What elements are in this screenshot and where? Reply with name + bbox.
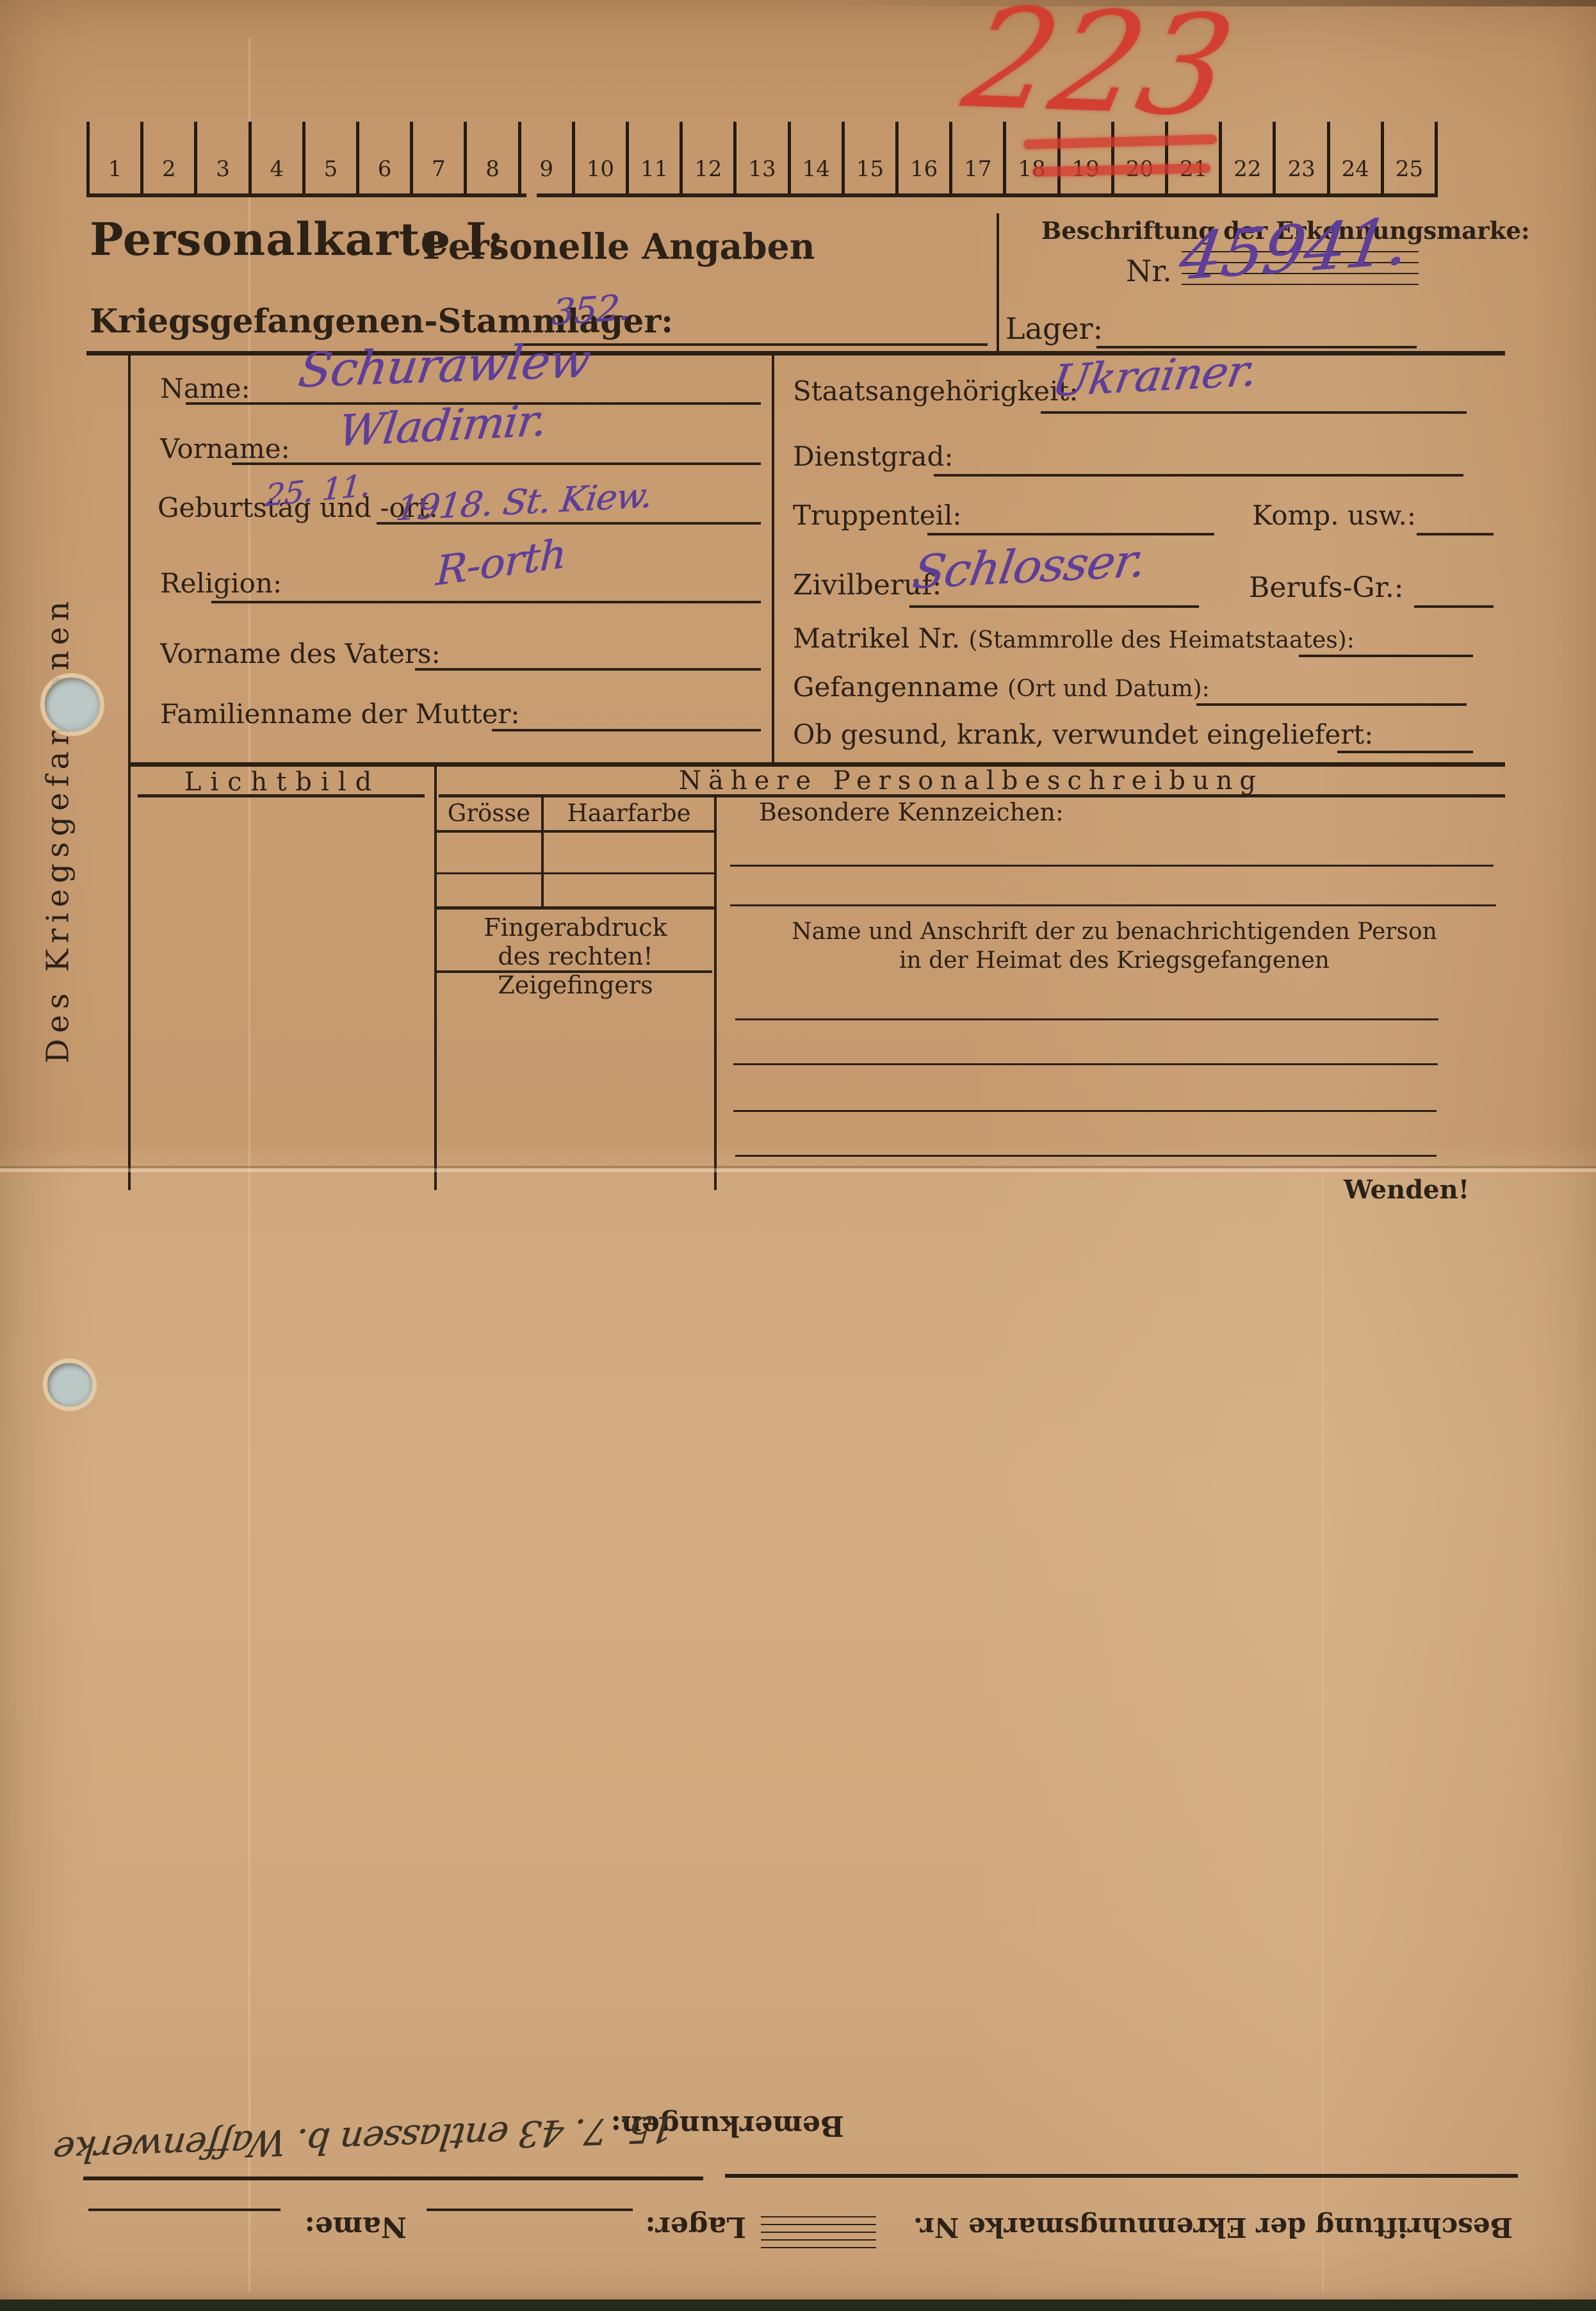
field-staats-line — [1041, 411, 1467, 414]
gefangennahme-main: Gefangenname — [793, 671, 999, 703]
haarfarbe-header: Haarfarbe — [544, 799, 714, 827]
middle-heavy-line — [436, 906, 714, 910]
field-berufsgr-label: Berufs-Gr.: — [1249, 571, 1404, 604]
lichtbild-label: Lichtbild — [184, 767, 380, 797]
notify-line-b — [733, 1063, 1438, 1065]
strip-cell-13: 13 — [733, 122, 787, 193]
idbox-lager-label: Lager: — [1006, 311, 1103, 346]
field-gefangennahme-label: Gefangenname (Ort und Datum): — [793, 671, 1210, 703]
notify-line-d — [735, 1155, 1437, 1157]
field-gesund-label: Ob gesund, krank, verwundet eingeliefert… — [793, 719, 1373, 750]
strip-cell-8: 8 — [464, 122, 517, 193]
form-center-divider — [772, 351, 774, 762]
haarfarbe-label: Haarfarbe — [567, 799, 690, 827]
bottom-heavy-line-left — [725, 2174, 1518, 2178]
groesse-row-line — [436, 830, 714, 833]
scan-bottom-strip — [0, 2299, 1596, 2311]
matrikel-sub: (Stammrolle des Heimatstaates): — [968, 627, 1354, 653]
strip-cell-22: 22 — [1219, 122, 1273, 193]
strip-cell-15: 15 — [842, 122, 895, 193]
strip-cell-24: 24 — [1327, 122, 1381, 193]
field-gefangennahme-line — [1196, 703, 1467, 706]
field-matrikel-label: Matrikel Nr. (Stammrolle des Heimatstaat… — [793, 623, 1355, 654]
field-dienstgrad-line — [934, 474, 1463, 477]
red-prisoner-number: 223 — [952, 0, 1246, 147]
strip-cell-2: 2 — [140, 122, 194, 193]
field-gesund-line — [1337, 751, 1473, 753]
strip-cell-11: 11 — [626, 122, 680, 193]
strip-cell-5: 5 — [302, 122, 356, 193]
bottom-heavy-line-right — [83, 2176, 703, 2180]
field-vater-label: Vorname des Vaters: — [160, 638, 441, 669]
field-truppenteil-label: Truppenteil: — [793, 500, 962, 531]
kennzeichen-line2 — [730, 904, 1496, 906]
idbox-left-border — [997, 213, 999, 351]
punch-hole-upper — [45, 678, 100, 731]
field-religion-line — [211, 601, 761, 603]
strip-cell-14: 14 — [788, 122, 842, 193]
strip-cell-12: 12 — [680, 122, 733, 193]
field-vater-line — [415, 668, 761, 671]
fingerprint-line1: Fingerabdruck — [437, 913, 714, 942]
groesse-header: Grösse — [437, 799, 541, 827]
bottom-name-label: Name: — [304, 2210, 407, 2243]
bottom-rotated-block: Beschriftung der Ekrennungsmarke Nr. Lag… — [83, 2069, 1518, 2267]
strip-cell-7: 7 — [410, 122, 464, 193]
groesse-label: Grösse — [448, 799, 530, 827]
notify-caption: Name und Anschrift der zu benachrichtige… — [730, 917, 1499, 975]
kennzeichen-label: Besondere Kennzeichen: — [759, 798, 1064, 826]
strip-cell-6: 6 — [356, 122, 410, 193]
middle-thin-line — [436, 872, 714, 874]
section-rule-top — [86, 351, 1505, 355]
naehere-header: Nähere Personalbeschreibung — [437, 766, 1505, 796]
strip-cell-9: 9 — [518, 122, 572, 193]
field-staats-label: Staatsangehörigkeit: — [793, 375, 1079, 407]
gefangennahme-sub: (Ort und Datum): — [1007, 676, 1210, 702]
fold-crease-highlight — [0, 1168, 1596, 1172]
field-religion-label: Religion: — [160, 568, 282, 599]
idbox-nr-label: Nr. — [1126, 254, 1172, 288]
strip-cell-23: 23 — [1273, 122, 1326, 193]
field-komp-line — [1417, 533, 1494, 535]
field-komp-label: Komp. usw.: — [1252, 500, 1416, 531]
bottom-lager-line — [427, 2209, 633, 2211]
field-name-value: Schurawlew — [295, 333, 594, 398]
field-vorname-label: Vorname: — [160, 433, 290, 464]
naehere-label: Nähere Personalbeschreibung — [679, 766, 1263, 796]
field-mutter-line — [492, 729, 761, 731]
strip-cell-25: 25 — [1381, 122, 1438, 193]
punch-hole-lower — [47, 1363, 92, 1407]
field-religion-value: R-orth — [435, 530, 566, 595]
lichtbild-header: Lichtbild — [131, 767, 434, 797]
field-staats-value: Ukrainer. — [1048, 346, 1260, 407]
sidebar-vertical-label: Des Kriegsgefangenen — [40, 596, 76, 1064]
bottom-lager-label: Lager: — [645, 2210, 746, 2243]
page-subtitle: Personelle Angaben — [423, 225, 815, 267]
bottom-nr-lines — [761, 2210, 876, 2248]
notify-line-a — [735, 1018, 1438, 1020]
strip-baseline — [86, 193, 526, 197]
naehere-underline — [439, 794, 1505, 797]
strip-cell-16: 16 — [895, 122, 949, 193]
fingerprint-caption: Fingerabdruck des rechten! Zeigefingers — [437, 913, 714, 999]
field-matrikel-line — [1299, 655, 1473, 657]
field-berufsgr-line — [1414, 605, 1494, 608]
lichtbild-underline — [138, 794, 425, 797]
field-name-label: Name: — [160, 373, 250, 404]
wenden-label: Wenden! — [1344, 1175, 1469, 1205]
field-zivilberuf-value: Schlosser. — [909, 534, 1150, 600]
field-geburtstag-value: 1918. St. Kiew. — [394, 475, 655, 529]
strip-cell-10: 10 — [572, 122, 626, 193]
sidebar-vertical: Des Kriegsgefangenen — [6, 525, 109, 1134]
bottom-name-line — [88, 2209, 281, 2211]
kennzeichen-line1 — [730, 865, 1494, 867]
strip-baseline — [537, 193, 1438, 197]
bottom-remark-value: 15. 7. 43 entlassen b. Waffenwerke — [52, 2107, 676, 2171]
field-vorname-line — [232, 462, 761, 465]
field-truppenteil-line — [927, 533, 1214, 535]
strip-cell-1: 1 — [86, 122, 140, 193]
matrikel-main: Matrikel Nr. — [793, 623, 960, 654]
notify-line2: in der Heimat des Kriegsgefangenen — [730, 946, 1499, 975]
stammlager-value: 352. — [550, 287, 631, 334]
field-dienstgrad-label: Dienstgrad: — [793, 441, 953, 472]
notify-line1: Name und Anschrift der zu benachrichtige… — [730, 917, 1499, 946]
fingerprint-underline — [437, 970, 712, 973]
notify-line-c — [733, 1110, 1437, 1112]
strip-cell-3: 3 — [194, 122, 248, 193]
pow-personal-card: 1234567891011121314151617181920212223242… — [0, 0, 1596, 2311]
number-strip: 1234567891011121314151617181920212223242… — [86, 122, 1438, 193]
field-mutter-label: Familienname der Mutter: — [160, 698, 520, 730]
strip-cell-4: 4 — [248, 122, 302, 193]
field-vorname-value: Wladimir. — [336, 396, 550, 457]
bottom-beschriftung-label: Beschriftung der Ekrennungsmarke Nr. — [913, 2212, 1513, 2243]
field-zivilberuf-line — [909, 605, 1199, 608]
middle-right-border — [714, 794, 717, 1190]
